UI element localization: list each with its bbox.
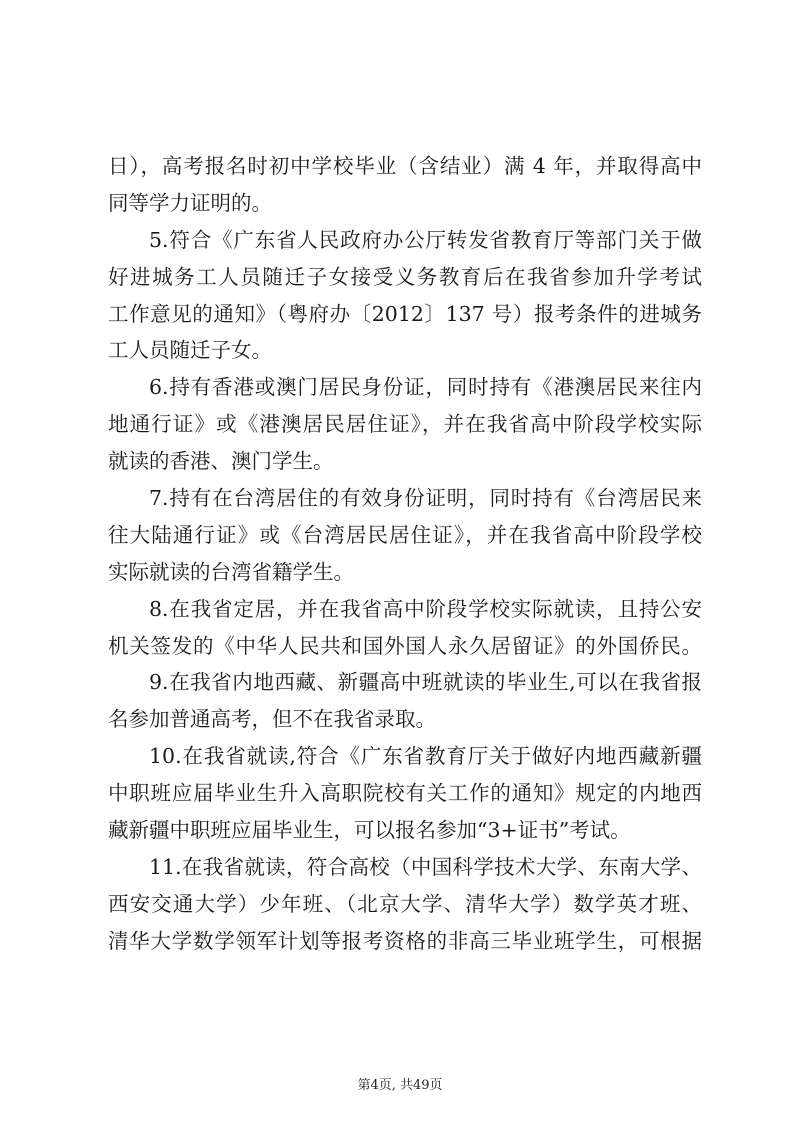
- paragraph-8-start: 8.在我省定居，并在我省高中阶段学校实际就读，且持公安: [108, 591, 702, 628]
- paragraph-6-start: 6.持有香港或澳门居民身份证，同时持有《港澳居民来往内: [108, 369, 702, 406]
- text-line: 工人员随迁子女。: [108, 332, 702, 369]
- paragraph-10-start: 10.在我省就读,符合《广东省教育厅关于做好内地西藏新疆: [108, 738, 702, 775]
- text-line: 藏新疆中职班应届毕业生，可以报名参加“3+证书”考试。: [108, 812, 702, 849]
- text-line: 机关签发的《中华人民共和国外国人永久居留证》的外国侨民。: [108, 628, 702, 665]
- text-line: 就读的香港、澳门学生。: [108, 443, 702, 480]
- document-page: 日），高考报名时初中学校毕业（含结业）满 4 年，并取得高中 同等学力证明的。 …: [0, 0, 800, 1131]
- text-line: 中职班应届毕业生升入高职院校有关工作的通知》规定的内地西: [108, 775, 702, 812]
- paragraph-11-start: 11.在我省就读，符合高校（中国科学技术大学、东南大学、: [108, 849, 702, 886]
- text-line: 工作意见的通知》（粤府办〔2012〕137 号）报考条件的进城务: [108, 296, 702, 333]
- paragraph-5-start: 5.符合《广东省人民政府办公厅转发省教育厅等部门关于做: [108, 222, 702, 259]
- text-line: 地通行证》或《港澳居民居住证》，并在我省高中阶段学校实际: [108, 406, 702, 443]
- text-line: 实际就读的台湾省籍学生。: [108, 554, 702, 591]
- paragraph-9-start: 9.在我省内地西藏、新疆高中班就读的毕业生,可以在我省报: [108, 664, 702, 701]
- text-line: 日），高考报名时初中学校毕业（含结业）满 4 年，并取得高中: [108, 148, 702, 185]
- text-line: 往大陆通行证》或《台湾居民居住证》，并在我省高中阶段学校: [108, 517, 702, 554]
- document-body: 日），高考报名时初中学校毕业（含结业）满 4 年，并取得高中 同等学力证明的。 …: [108, 148, 702, 960]
- paragraph-7-start: 7.持有在台湾居住的有效身份证明，同时持有《台湾居民来: [108, 480, 702, 517]
- text-line: 同等学力证明的。: [108, 185, 702, 222]
- text-line: 名参加普通高考，但不在我省录取。: [108, 701, 702, 738]
- text-line: 好进城务工人员随迁子女接受义务教育后在我省参加升学考试: [108, 259, 702, 296]
- text-line: 清华大学数学领军计划等报考资格的非高三毕业班学生，可根据: [108, 923, 702, 960]
- text-line: 西安交通大学）少年班、（北京大学、清华大学）数学英才班、: [108, 886, 702, 923]
- page-number-footer: 第4页, 共49页: [0, 1074, 800, 1093]
